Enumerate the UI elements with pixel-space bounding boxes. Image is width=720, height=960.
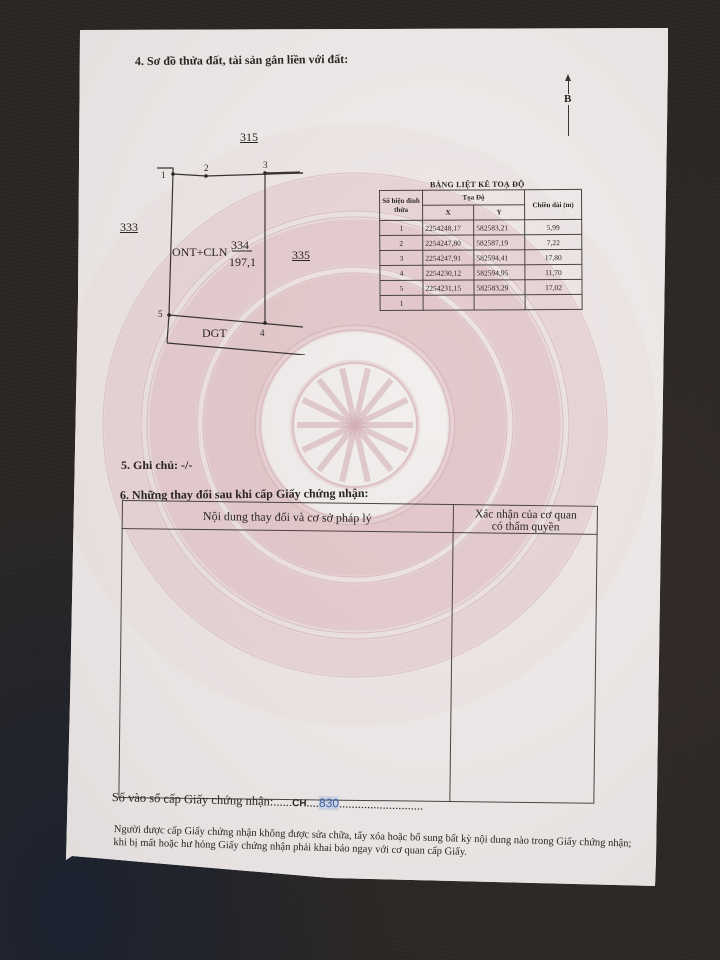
vertex-label: 1 xyxy=(161,170,166,180)
coord-row: 52254231,15582583,2917,02 xyxy=(380,279,582,295)
col-x: X xyxy=(423,205,474,220)
vertex-label: 2 xyxy=(204,163,209,173)
vertex-label: 4 xyxy=(260,328,265,338)
neighbor-east: 335 xyxy=(292,248,310,263)
coord-row: 1 xyxy=(380,294,582,310)
neighbor-south: DGT xyxy=(202,326,227,341)
north-arrow: B xyxy=(563,74,575,136)
col-vertex: Số hiệu đỉnh thửa xyxy=(380,190,423,220)
registry-code: CH xyxy=(292,798,307,809)
parcel-diagram: 315 333 335 DGT ONT+CLN 334 197,1 1 2 3 … xyxy=(110,125,370,355)
coord-row: 12254248,17582583,215,99 xyxy=(380,219,582,235)
section-4-title: 4. Sơ đồ thửa đất, tài sản gắn liền với … xyxy=(135,52,348,69)
neighbor-west: 333 xyxy=(120,220,138,235)
coord-row: 32254247,91582594,4117,80 xyxy=(380,249,582,265)
col-y: Y xyxy=(474,205,525,220)
section-5-note: 5. Ghi chú: -/- xyxy=(121,458,192,473)
coord-row: 42254230,12582594,9511,70 xyxy=(380,264,582,280)
col-coords: Tọa Độ xyxy=(423,190,525,206)
coord-row: 22254247,80582587,197,22 xyxy=(380,234,582,250)
land-use-code: ONT+CLN xyxy=(172,245,227,260)
vertex-label: 3 xyxy=(263,160,268,170)
changes-table: Nội dung thay đổi và cơ sở pháp lý Xác n… xyxy=(118,500,600,808)
north-label: B xyxy=(563,94,572,105)
parcel-number: 334 xyxy=(231,238,249,253)
parcel-area: 197,1 xyxy=(229,255,256,270)
col-length: Chiều dài (m) xyxy=(525,189,582,219)
neighbor-north: 315 xyxy=(240,130,258,145)
coordinate-table: Số hiệu đỉnh thửa Tọa Độ Chiều dài (m) X… xyxy=(379,189,583,311)
vertex-label: 5 xyxy=(158,309,163,319)
changes-col-confirmation: Xác nhận của cơ quan có thẩm quyền xyxy=(454,508,598,534)
coord-table-title: BẢNG LIỆT KÊ TOẠ ĐỘ xyxy=(430,180,525,189)
registry-number: 830 xyxy=(319,796,339,811)
